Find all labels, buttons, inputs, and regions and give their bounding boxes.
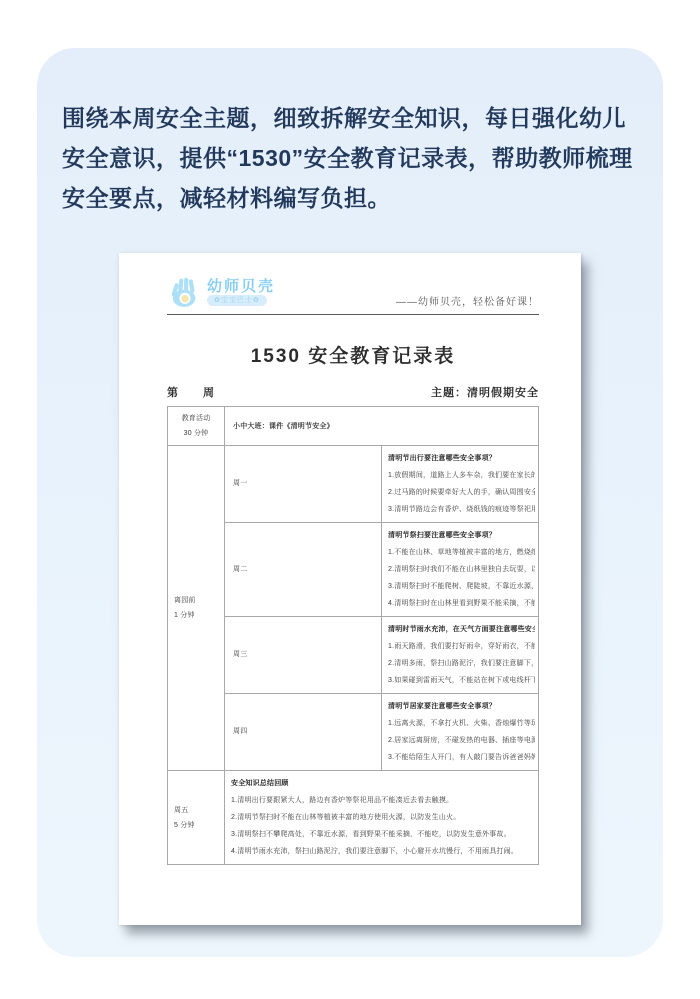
day-label: 周二 <box>225 523 382 617</box>
record-table: 教育活动 30 分钟 小中大班：课件《清明节安全》 离园前 1 分钟 周一 清明… <box>167 406 539 865</box>
day-label: 周四 <box>225 694 382 771</box>
brand-badge: ✿宝宝巴士✿ <box>207 295 267 306</box>
brand-name: 幼师贝壳 <box>207 279 275 294</box>
friday-content: 安全知识总结回顾 1.清明出行要跟紧大人，路边有香炉等祭祀用品不能凑近去看去触摸… <box>225 771 539 865</box>
day-content: 清明时节雨水充沛，在天气方面要注意哪些安全事项？ 1.雨天路滑，我们要打好雨伞，… <box>382 617 539 694</box>
table-row: 离园前 1 分钟 周一 清明节出行要注意哪些安全事项？ 1.放假期间，道路上人多… <box>168 446 539 523</box>
activity-content-cell: 小中大班：课件《清明节安全》 <box>225 407 539 446</box>
activity-cell: 教育活动 30 分钟 <box>168 407 225 446</box>
intro-paragraph: 围绕本周安全主题，细致拆解安全知识，每日强化幼儿安全意识，提供“1530”安全教… <box>62 98 644 218</box>
table-row: 教育活动 30 分钟 小中大班：课件《清明节安全》 <box>168 407 539 446</box>
document-header: 幼师贝壳 ✿宝宝巴士✿ ——幼师贝壳，轻松备好课！ <box>167 253 539 315</box>
week-field: 第 周 <box>167 384 215 400</box>
document-title: 1530 安全教育记录表 <box>167 341 539 368</box>
table-row: 周五 5 分钟 安全知识总结回顾 1.清明出行要跟紧大人，路边有香炉等祭祀用品不… <box>168 771 539 865</box>
meta-row: 第 周 主题：清明假期安全 <box>167 384 539 400</box>
hand-shell-logo-icon <box>167 274 203 310</box>
day-label: 周三 <box>225 617 382 694</box>
brand-tagline: ——幼师贝壳，轻松备好课！ <box>396 293 539 308</box>
theme-field: 主题：清明假期安全 <box>431 384 539 400</box>
promo-card: 围绕本周安全主题，细致拆解安全知识，每日强化幼儿安全意识，提供“1530”安全教… <box>37 48 663 957</box>
brand-logo: 幼师贝壳 ✿宝宝巴士✿ <box>167 274 275 310</box>
day-content: 清明节祭扫要注意哪些安全事项？ 1.不能在山林、草地等植被丰富的地方，燃烧纸钱、… <box>382 523 539 617</box>
before-leave-cell: 离园前 1 分钟 <box>168 446 225 771</box>
friday-cell: 周五 5 分钟 <box>168 771 225 865</box>
day-content: 清明节出行要注意哪些安全事项？ 1.放假期间，道路上人多车杂，我们要在家长的带领… <box>382 446 539 523</box>
document-preview: 幼师贝壳 ✿宝宝巴士✿ ——幼师贝壳，轻松备好课！ 1530 安全教育记录表 第… <box>119 253 581 925</box>
day-label: 周一 <box>225 446 382 523</box>
day-content: 清明节居家要注意哪些安全事项？ 1.远离火源，不拿打火机、火柴、香烛爆竹等玩耍，… <box>382 694 539 771</box>
